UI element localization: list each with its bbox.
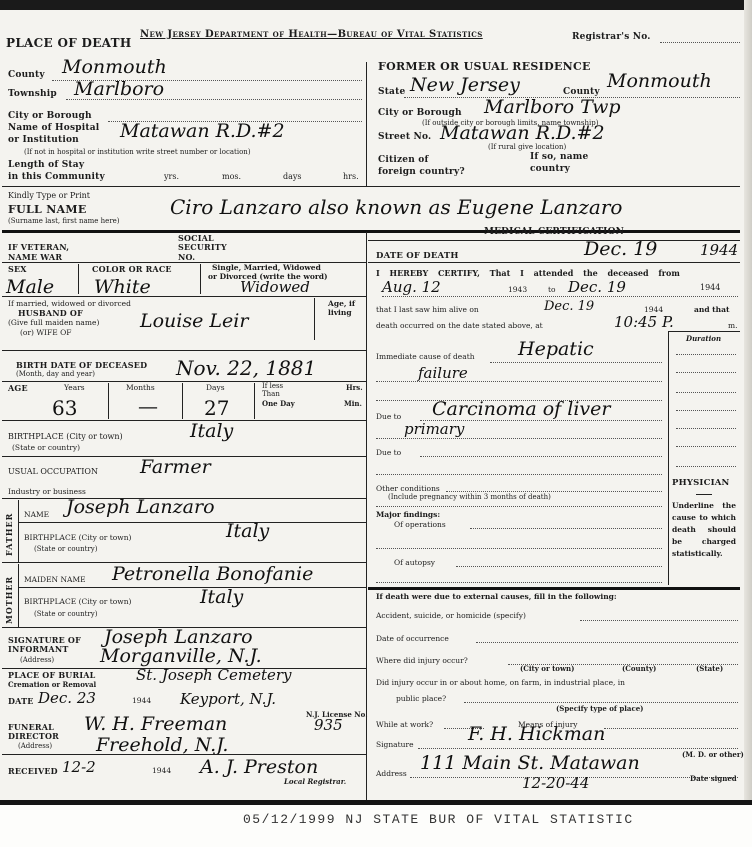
divider	[18, 587, 366, 588]
duration-line	[676, 428, 736, 429]
physician-address: 111 Main St. Matawan	[420, 752, 640, 774]
full-name-label: FULL NAME	[8, 203, 87, 216]
physician-note: Underline the cause to which death shoul…	[672, 500, 736, 560]
divider	[696, 494, 712, 495]
registrar-no-field	[660, 42, 740, 43]
birth-label-1: BIRTH DATE OF DECEASED	[16, 360, 147, 370]
years-value: 63	[52, 396, 77, 420]
residence-street-value: Matawan R.D.#2	[440, 122, 605, 144]
to-label: to	[548, 285, 556, 294]
means-line	[604, 728, 738, 729]
physician-column-divider	[668, 331, 669, 585]
other-conditions-label-2: (Include pregnancy within 3 months of de…	[388, 493, 551, 501]
citizen-label-2: foreign country?	[378, 167, 465, 177]
address-label: Address	[376, 769, 407, 778]
md-label: (M. D. or other)	[682, 750, 744, 759]
years-label: Years	[64, 383, 85, 392]
attended-from-value: Aug. 12	[382, 278, 441, 296]
father-birthplace-value: Italy	[226, 520, 269, 542]
spouse-label-2: HUSBAND OF	[18, 308, 83, 318]
cause-line	[490, 362, 662, 363]
last-saw-text: that I last saw him alive on	[376, 305, 479, 314]
major-findings-label: Major findings:	[376, 510, 440, 519]
where-sub-city: (City or town)	[520, 664, 574, 673]
residence-street-note: (If rural give location)	[488, 143, 566, 151]
occupation-value: Farmer	[140, 456, 211, 478]
registrar-signature: A. J. Preston	[200, 756, 318, 778]
physician-signature: F. H. Hickman	[468, 723, 605, 745]
external-intro: If death were due to external causes, fi…	[376, 592, 617, 601]
divider	[254, 383, 255, 419]
less-label-3: One Day	[262, 399, 295, 408]
other-line	[376, 506, 662, 507]
occurrence-line	[476, 642, 738, 643]
cause-line	[376, 438, 662, 439]
attended-to-value: Dec. 19	[568, 278, 626, 296]
immediate-cause-value-1: Hepatic	[518, 338, 594, 360]
mother-birthplace-label-1: BIRTHPLACE (City or town)	[24, 597, 131, 606]
divider	[2, 186, 740, 187]
scan-bottom-border	[0, 800, 752, 805]
hospital-label-2: or Institution	[8, 135, 79, 145]
hospital-note: (If not in hospital or institution write…	[24, 148, 251, 156]
last-saw-value: Dec. 19	[544, 299, 594, 314]
occurred-text: death occurred on the date stated above,…	[376, 321, 543, 330]
burial-date-year: 1944	[132, 696, 151, 705]
father-name-label: NAME	[24, 510, 49, 519]
less-label-1: If less	[262, 382, 283, 390]
autopsy-line	[376, 582, 662, 583]
attended-from-year: 1943	[508, 285, 527, 294]
duration-line	[676, 372, 736, 373]
occurrence-label: Date of occurrence	[376, 634, 449, 643]
residence-city-label: City or Borough	[378, 108, 462, 118]
certify-text: I HEREBY CERTIFY, That I attended the de…	[376, 268, 680, 278]
due-to-label-1: Due to	[376, 412, 401, 421]
funeral-address-value: Freehold, N.J.	[96, 734, 228, 756]
stay-unit-hrs: hrs.	[343, 172, 359, 181]
accident-line	[580, 620, 738, 621]
divider	[314, 298, 315, 340]
due-to-value-1: Carcinoma of liver	[432, 398, 610, 420]
divider	[2, 296, 366, 297]
spouse-value: Louise Leir	[140, 310, 248, 332]
where-label: Where did injury occur?	[376, 656, 468, 665]
duration-line	[676, 354, 736, 355]
due-to-label-2: Due to	[376, 448, 401, 457]
residence-state-value: New Jersey	[410, 74, 520, 96]
residence-city-value: Marlboro Twp	[484, 96, 621, 118]
death-certificate: PLACE OF DEATH New Jersey Department of …	[0, 0, 752, 805]
hrs-label: Hrs.	[346, 383, 363, 392]
local-registrar-label: Local Registrar.	[284, 777, 346, 786]
veteran-label-2: NAME WAR	[8, 252, 62, 262]
ifso-label-2: country	[530, 164, 570, 174]
attended-to-year: 1944	[700, 283, 720, 292]
stay-label-2: in this Community	[8, 172, 105, 182]
physician-title: PHYSICIAN	[672, 478, 730, 488]
registrar-no-label: Registrar's No.	[572, 32, 651, 42]
less-label-2: Than	[262, 390, 280, 398]
department-header: New Jersey Department of Health—Bureau o…	[140, 29, 483, 40]
signature-line	[418, 748, 738, 749]
hospital-value: Matawan R.D.#2	[120, 120, 285, 142]
date-of-death-year: 1944	[700, 241, 738, 259]
cause-line	[376, 381, 662, 382]
burial-place-value: St. Joseph Cemetery	[136, 666, 292, 684]
divider	[2, 754, 366, 755]
race-value: White	[94, 276, 151, 298]
certification-stamp: 05/12/1999 NJ STATE BUR OF VITAL STATIST…	[243, 812, 634, 827]
father-birthplace-label-2: (State or country)	[34, 545, 97, 553]
stay-unit-days: days	[283, 172, 302, 181]
received-value: 12-2	[62, 758, 96, 776]
occupation-label: USUAL OCCUPATION	[8, 467, 98, 476]
divider	[78, 264, 79, 294]
marital-value: Widowed	[240, 278, 310, 296]
days-label: Days	[206, 383, 225, 392]
operations-label: Of operations	[394, 520, 446, 529]
immediate-cause-value-2: failure	[418, 364, 468, 382]
burial-location: Keyport, N.J.	[180, 690, 276, 708]
divider	[2, 420, 366, 421]
accident-label: Accident, suicide, or homicide (specify)	[376, 611, 526, 620]
min-label: Min.	[344, 399, 362, 408]
divider	[668, 331, 740, 332]
age-living-label-2: living	[328, 308, 352, 317]
mother-maiden-label: MAIDEN NAME	[24, 575, 86, 584]
months-label: Months	[126, 383, 155, 392]
county-label: County	[8, 70, 45, 80]
mother-maiden-value: Petronella Bonofanie	[112, 563, 313, 585]
divider	[18, 522, 366, 523]
burial-label-1: PLACE OF BURIAL	[8, 670, 96, 680]
kindly-label: Kindly Type or Print	[8, 191, 90, 200]
signature-label: Signature	[376, 740, 414, 749]
operations-line	[376, 548, 662, 549]
received-label: RECEIVED	[8, 766, 58, 776]
divider-thick	[368, 587, 740, 590]
industry-label: Industry or business	[8, 487, 86, 496]
stay-label-1: Length of Stay	[8, 160, 84, 170]
scan-right-edge	[744, 0, 752, 805]
date-of-death-value: Dec. 19	[584, 238, 657, 260]
days-value: 27	[204, 396, 229, 420]
received-year: 1944	[152, 766, 171, 775]
where-sub-county: (County)	[622, 664, 656, 673]
residence-state-label: State	[378, 87, 405, 97]
informant-address-label: (Address)	[20, 656, 54, 664]
sex-label: SEX	[8, 264, 27, 274]
father-name-value: Joseph Lanzaro	[66, 496, 215, 518]
date-signed-label: Date signed	[690, 774, 737, 783]
birth-value: Nov. 22, 1881	[176, 356, 316, 380]
ifso-label-1: If so, name	[530, 152, 588, 162]
burial-label-2: Cremation or Removal	[8, 680, 96, 689]
stay-unit-yrs: yrs.	[164, 172, 179, 181]
county-value: Monmouth	[62, 56, 167, 78]
sex-value: Male	[6, 276, 54, 298]
divider	[108, 383, 109, 419]
divider	[368, 240, 740, 241]
funeral-label-3: (Address)	[18, 742, 52, 750]
residence-county-value: Monmouth	[607, 70, 712, 92]
public-place-label: public place?	[396, 694, 446, 703]
spouse-label-4: (or) WIFE OF	[20, 328, 71, 337]
birthplace-label-2: (State or country)	[12, 443, 80, 452]
divider	[368, 262, 740, 263]
work-label: While at work?	[376, 720, 433, 729]
birth-label-2: (Month, day and year)	[16, 370, 95, 378]
divider	[2, 381, 366, 382]
center-divider	[366, 232, 367, 800]
attended-line	[382, 296, 738, 297]
stay-unit-mos: mos.	[222, 172, 241, 181]
township-label: Township	[8, 89, 57, 99]
date-of-death-label: DATE OF DEATH	[376, 251, 459, 261]
funeral-label-2: DIRECTOR	[8, 731, 59, 741]
mother-birthplace-label-2: (State or country)	[34, 610, 97, 618]
and-that-label: and that	[694, 305, 729, 314]
hospital-label-1: Name of Hospital	[8, 123, 99, 133]
ss-label-2: SECURITY	[178, 242, 227, 252]
age-label: AGE	[8, 383, 28, 393]
time-of-death-value: 10:45 P.	[614, 313, 674, 331]
full-name-value: Ciro Lanzaro also known as Eugene Lanzar…	[170, 195, 622, 219]
cause-line	[420, 456, 662, 457]
township-value: Marlboro	[74, 78, 164, 100]
father-side-label: FATHER	[4, 513, 14, 556]
due-to-value-2: primary	[404, 420, 464, 438]
cause-line	[376, 474, 662, 475]
divider	[366, 62, 367, 186]
months-value: —	[138, 394, 158, 418]
other-conditions-label-1: Other conditions	[376, 484, 440, 493]
burial-date-label: DATE	[8, 696, 34, 706]
operations-line	[470, 528, 662, 529]
burial-date-value: Dec. 23	[38, 689, 96, 707]
residence-title: FORMER OR USUAL RESIDENCE	[378, 60, 591, 73]
public-sub: (Specify type of place)	[556, 704, 643, 713]
funeral-director-value: W. H. Freeman	[84, 713, 227, 735]
birthplace-label-1: BIRTHPLACE (City or town)	[8, 432, 123, 441]
mother-birthplace-value: Italy	[200, 586, 243, 608]
age-living-label-1: Age, if	[328, 299, 355, 308]
did-injury-label: Did injury occur in or about home, on fa…	[376, 678, 625, 687]
father-birthplace-label-1: BIRTHPLACE (City or town)	[24, 533, 131, 542]
birthplace-value: Italy	[190, 420, 233, 442]
public-line	[464, 702, 738, 703]
autopsy-line	[456, 566, 662, 567]
duration-label: Duration	[686, 334, 721, 343]
city-label: City or Borough	[8, 111, 92, 121]
ss-label-3: NO.	[178, 252, 195, 262]
m-label: m.	[728, 321, 738, 330]
scan-top-border	[0, 0, 752, 10]
citizen-label-1: Citizen of	[378, 155, 429, 165]
marital-label-1: Single, Married, Widowed	[212, 263, 321, 272]
place-of-death-title: PLACE OF DEATH	[6, 36, 131, 50]
spouse-label-1: If married, widowed or divorced	[8, 299, 131, 308]
license-value: 935	[314, 716, 343, 734]
duration-line	[676, 446, 736, 447]
township-line	[66, 99, 362, 100]
veteran-label-1: IF VETERAN,	[8, 242, 69, 252]
duration-line	[676, 466, 736, 467]
divider	[200, 264, 201, 294]
immediate-cause-label: Immediate cause of death	[376, 352, 475, 361]
duration-line	[676, 410, 736, 411]
informant-label-2: INFORMANT	[8, 644, 68, 654]
informant-address: Morganville, N.J.	[100, 645, 262, 667]
residence-street-label: Street No.	[378, 132, 431, 142]
medical-title: MEDICAL CERTIFICATION	[370, 227, 738, 237]
divider	[18, 564, 19, 628]
divider	[182, 383, 183, 419]
mother-side-label: MOTHER	[4, 576, 14, 624]
divider	[18, 500, 19, 562]
divider	[2, 350, 366, 351]
autopsy-label: Of autopsy	[394, 558, 435, 567]
full-name-note: (Surname last, first name here)	[8, 217, 120, 225]
where-sub-state: (State)	[696, 664, 723, 673]
race-label: COLOR OR RACE	[92, 264, 172, 274]
date-signed-value: 12-20-44	[522, 774, 589, 792]
duration-line	[676, 392, 736, 393]
other-line	[446, 491, 662, 492]
spouse-label-3: (Give full maiden name)	[8, 318, 99, 327]
